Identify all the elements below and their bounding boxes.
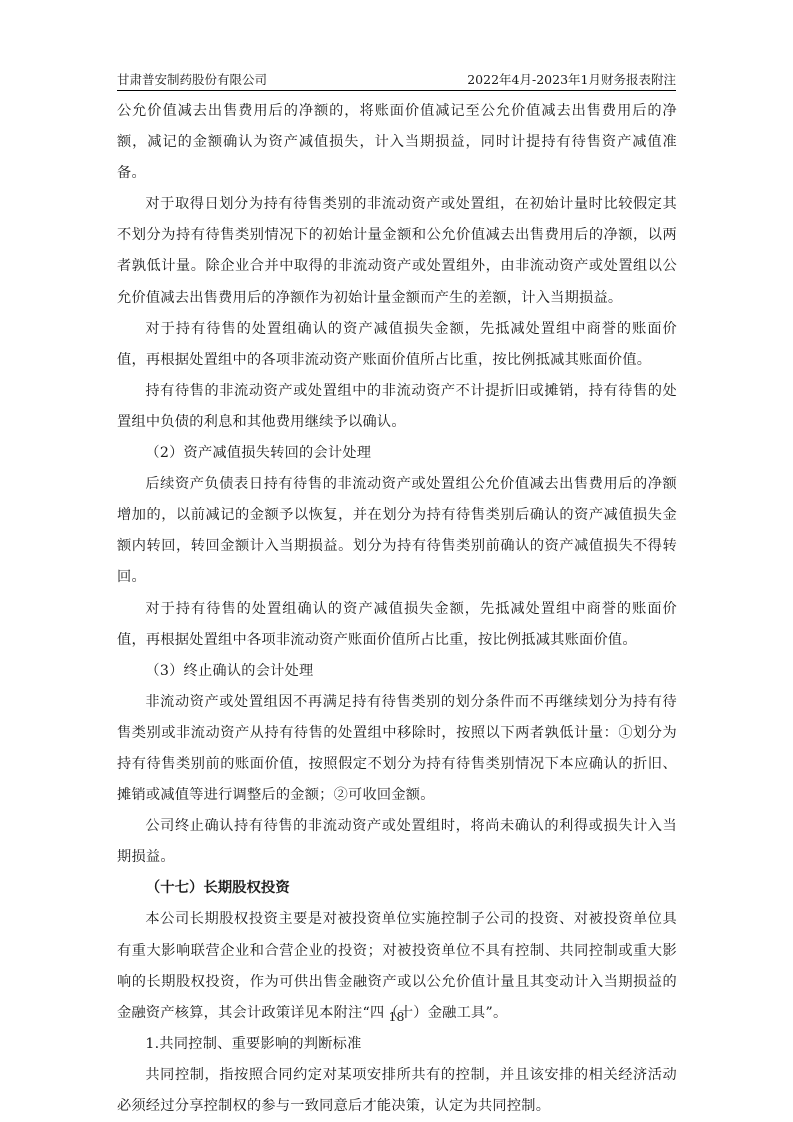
paragraph: 对于取得日划分为持有待售类别的非流动资产或处置组，在初始计量时比较假定其不划分为… (117, 189, 677, 313)
company-name: 甘肃普安制药股份有限公司 (117, 70, 267, 88)
page-header: 甘肃普安制药股份有限公司 2022年4月-2023年1月财务报表附注 (117, 68, 676, 88)
paragraph-continuation: 公允价值减去出售费用后的净额的，将账面价值减记至公允价值减去出售费用后的净额，减… (117, 96, 677, 189)
paragraph: 非流动资产或处置组因不再满足持有待售类别的划分条件而不再继续划分为持有待售类别或… (117, 687, 677, 811)
paragraph: 持有待售的非流动资产或处置组中的非流动资产不计提折旧或摊销，持有待售的处置组中负… (117, 376, 677, 438)
page-number: 18 (0, 1009, 793, 1024)
paragraph: 对于持有待售的处置组确认的资产减值损失金额，先抵减处置组中商誉的账面价值，再根据… (117, 594, 677, 656)
paragraph: 共同控制，指按照合同约定对某项安排所共有的控制，并且该安排的相关经济活动必须经过… (117, 1060, 677, 1122)
paragraph: 对于持有待售的处置组确认的资产减值损失金额，先抵减处置组中商誉的账面价值，再根据… (117, 314, 677, 376)
paragraph: 公司终止确认持有待售的非流动资产或处置组时，将尚未确认的利得或损失计入当期损益。 (117, 811, 677, 873)
section-heading: （十七）长期股权投资 (117, 873, 677, 904)
report-title: 2022年4月-2023年1月财务报表附注 (467, 70, 676, 88)
document-body: 公允价值减去出售费用后的净额的，将账面价值减记至公允价值减去出售费用后的净额，减… (117, 96, 677, 1122)
subsection-title: （2）资产减值损失转回的会计处理 (117, 438, 677, 469)
header-divider (117, 90, 676, 91)
subsection-title: （3）终止确认的会计处理 (117, 656, 677, 687)
paragraph: 后续资产负债表日持有待售的非流动资产或处置组公允价值减去出售费用后的净额增加的，… (117, 469, 677, 593)
subsection-title: 1.共同控制、重要影响的判断标准 (117, 1029, 677, 1060)
